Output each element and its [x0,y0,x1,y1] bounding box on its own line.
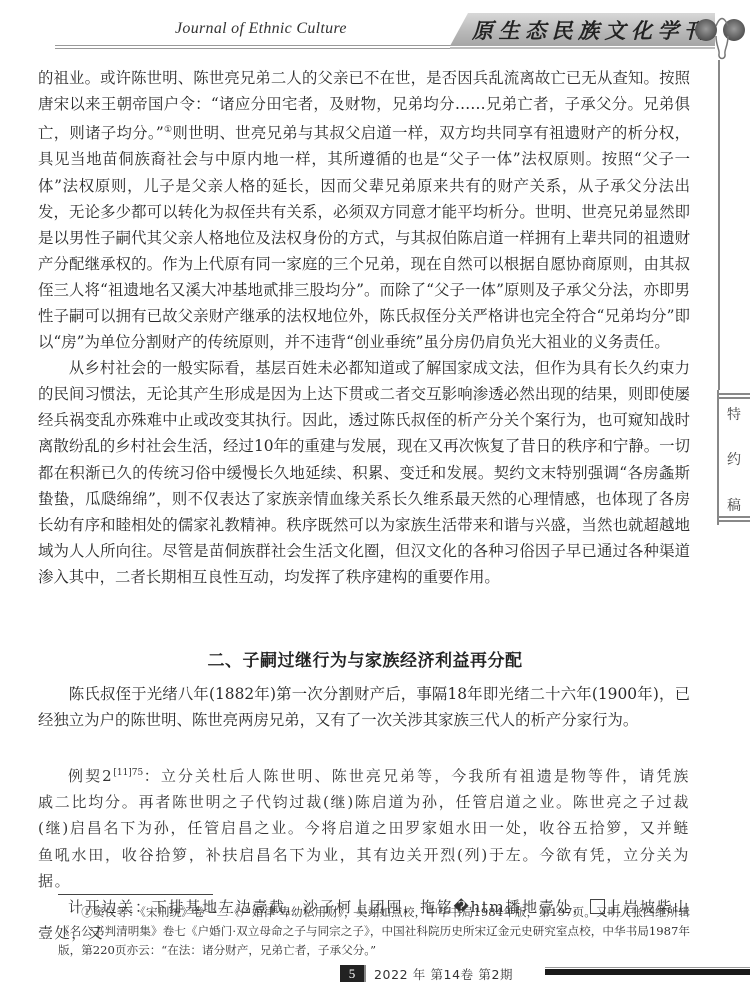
journal-title-cn: 原生态民族文化学刊 [472,15,711,45]
footer-rule [364,965,366,982]
footnote: ①窦仪等：《宋刑统》卷一二《户婚律·卑幼私用财》，吴翊如点校，中华书局1984年… [58,903,690,960]
section-heading: 二、子嗣过继行为与家族经济利益再分配 [0,646,730,671]
footer-bar [545,969,750,975]
page-number: 5 [340,965,364,982]
header-rule [55,48,455,49]
body-text-section2: 陈氏叔侄于光绪八年(1882年)第一次分割财产后，事隔18年即光绪二十六年(19… [38,681,690,733]
footer-rule [545,967,750,968]
tab-rule [719,393,750,395]
section-side-tab: 特 约 稿 [717,390,750,525]
footnote-rule [58,894,213,895]
side-tab-char: 特 [727,404,741,424]
page-footer: 5 2022 年 第14卷 第2期 [0,965,750,985]
contract-paragraph: 例契2[11]75：立分关杜后人陈世明、陈世亮兄弟等，今我所有祖遗是物等件，请凭… [38,763,690,894]
tab-rule [719,520,750,522]
page-header: Journal of Ethnic Culture 原生态民族文化学刊 [0,0,750,60]
tab-rule [719,516,750,518]
header-rule [450,47,715,49]
header-rule [55,45,455,46]
paragraph: 从乡村社会的一般实际看，基层百姓未必都知道或了解国家成文法，但作为具有长久约束力… [38,355,690,590]
footnote-text: ①窦仪等：《宋刑统》卷一二《户婚律·卑幼私用财》，吴翊如点校，中华书局1984年… [58,903,690,960]
tab-rule [719,397,750,399]
side-tab-char: 约 [727,449,741,469]
journal-title-en: Journal of Ethnic Culture [175,20,347,38]
issue-info: 2022 年 第14卷 第2期 [374,965,513,983]
paragraph: 陈氏叔侄于光绪八年(1882年)第一次分割财产后，事隔18年即光绪二十六年(19… [38,681,690,733]
paragraph: 的祖业。或许陈世明、陈世亮兄弟二人的父亲已不在世，是否因兵乱流离故亡已无从查知。… [38,65,690,355]
side-tab-char: 稿 [727,495,741,515]
contract-label: 例契2 [68,767,113,785]
margin-rule [718,60,720,390]
knot-ornament-icon [694,16,750,62]
citation-marker[interactable]: [11]75 [113,768,143,778]
body-text-top: 的祖业。或许陈世明、陈世亮兄弟二人的父亲已不在世，是否因兵乱流离故亡已无从查知。… [38,65,690,590]
